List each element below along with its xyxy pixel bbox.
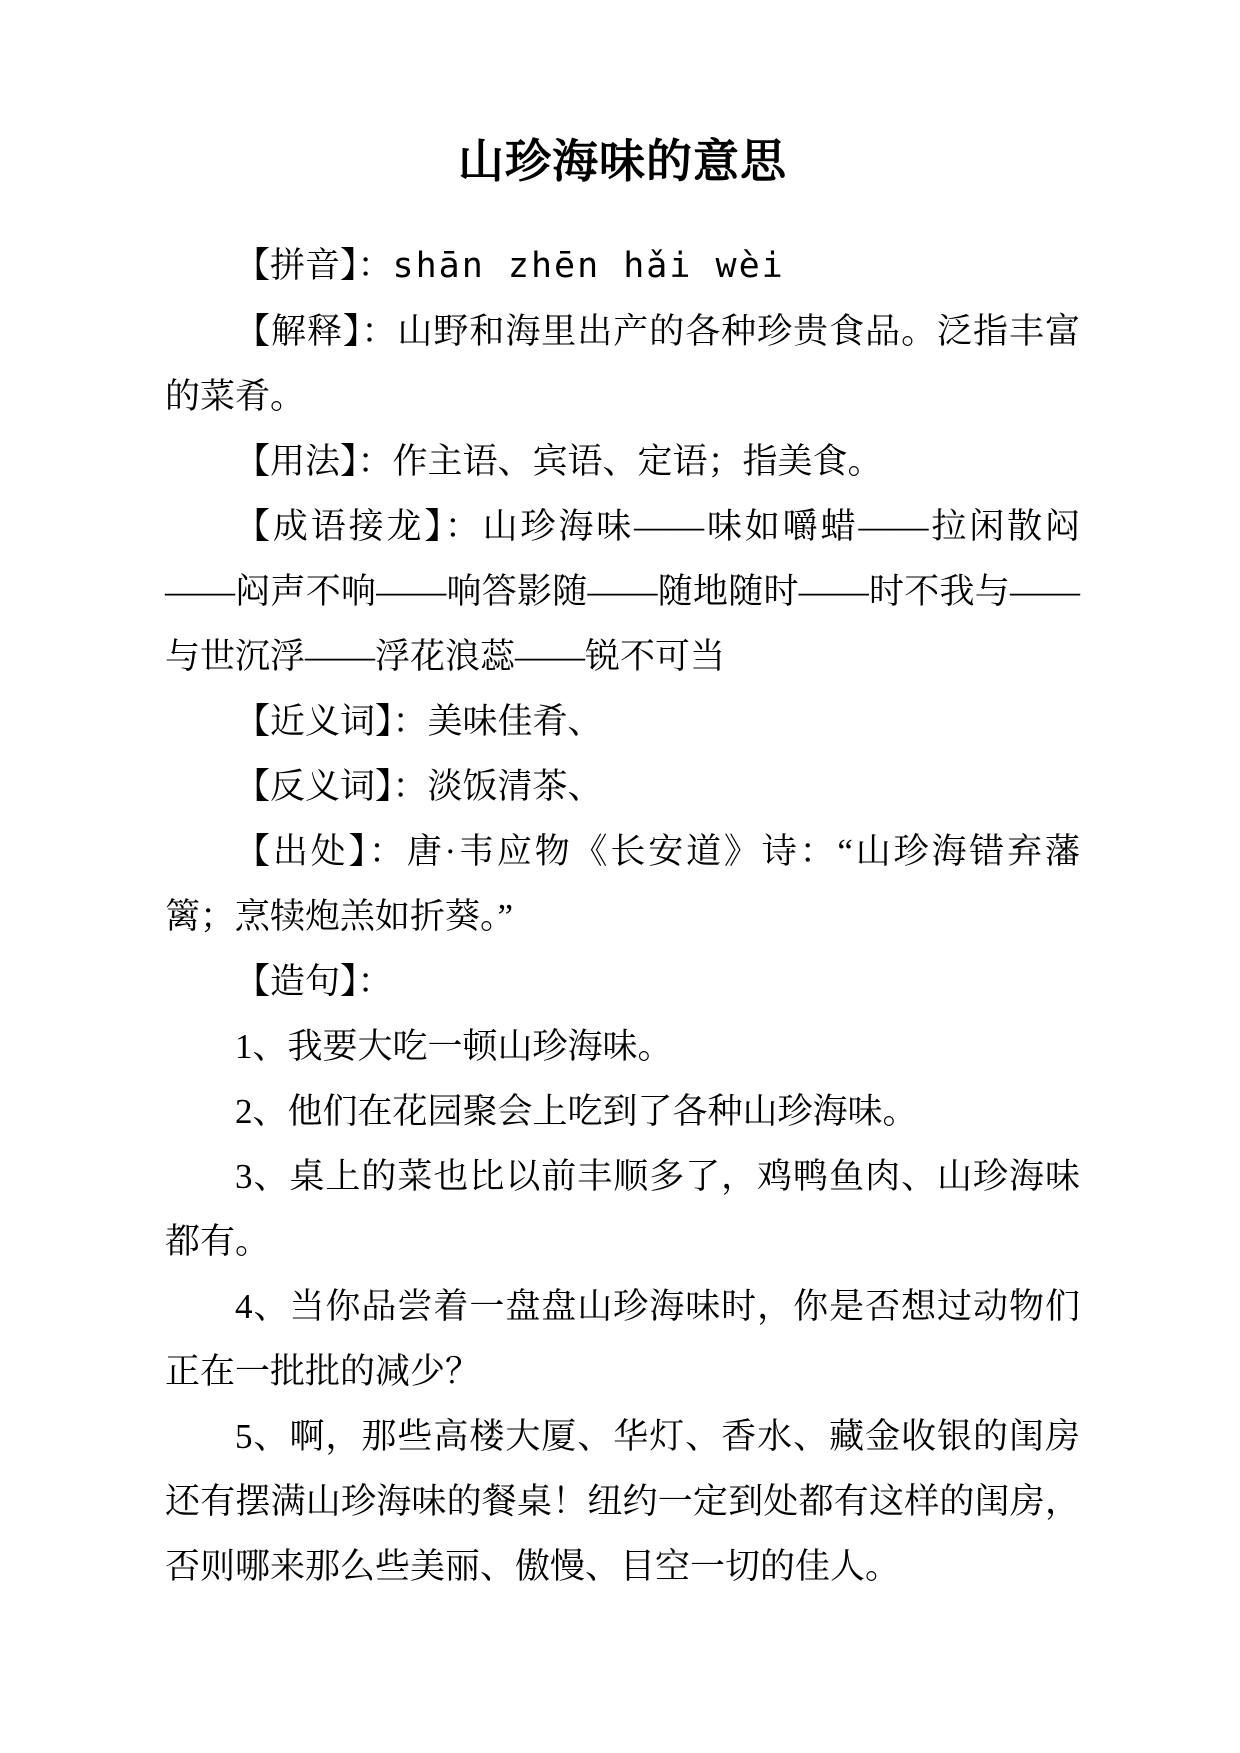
pinyin-value: shān zhēn hǎi wèi — [393, 246, 785, 286]
pinyin-paragraph: 【拼音】：shān zhēn hǎi wèi — [165, 233, 1080, 299]
document-page: 山珍海味的意思 【拼音】：shān zhēn hǎi wèi 【解释】：山野和海… — [0, 0, 1240, 1753]
page-title: 山珍海味的意思 — [165, 135, 1080, 187]
paragraph-explanation: 【解释】：山野和海里出产的各种珍贵食品。泛指丰富的菜肴。 — [165, 299, 1080, 429]
paragraph-usage: 【用法】：作主语、宾语、定语；指美食。 — [165, 429, 1080, 494]
paragraph-sentence-heading: 【造句】： — [165, 949, 1080, 1014]
pinyin-label: 【拼音】： — [235, 246, 393, 285]
example-sentence-1: 1、我要大吃一顿山珍海味。 — [165, 1014, 1080, 1079]
paragraph-source: 【出处】：唐·韦应物《长安道》诗：“山珍海错弃藩篱；烹犊炮羔如折葵。” — [165, 819, 1080, 949]
document-body: 【拼音】：shān zhēn hǎi wèi 【解释】：山野和海里出产的各种珍贵… — [165, 233, 1080, 1599]
example-sentence-3: 3、桌上的菜也比以前丰顺多了，鸡鸭鱼肉、山珍海味都有。 — [165, 1144, 1080, 1274]
example-sentence-5: 5、啊，那些高楼大厦、华灯、香水、藏金收银的闺房还有摆满山珍海味的餐桌！纽约一定… — [165, 1404, 1080, 1599]
paragraph-idiom-chain: 【成语接龙】：山珍海味——味如嚼蜡——拉闲散闷——闷声不响——响答影随——随地随… — [165, 494, 1080, 689]
paragraph-synonyms: 【近义词】：美味佳肴、 — [165, 689, 1080, 754]
paragraph-antonyms: 【反义词】：淡饭清茶、 — [165, 754, 1080, 819]
example-sentence-2: 2、他们在花园聚会上吃到了各种山珍海味。 — [165, 1079, 1080, 1144]
example-sentence-4: 4、当你品尝着一盘盘山珍海味时，你是否想过动物们正在一批批的减少？ — [165, 1274, 1080, 1404]
